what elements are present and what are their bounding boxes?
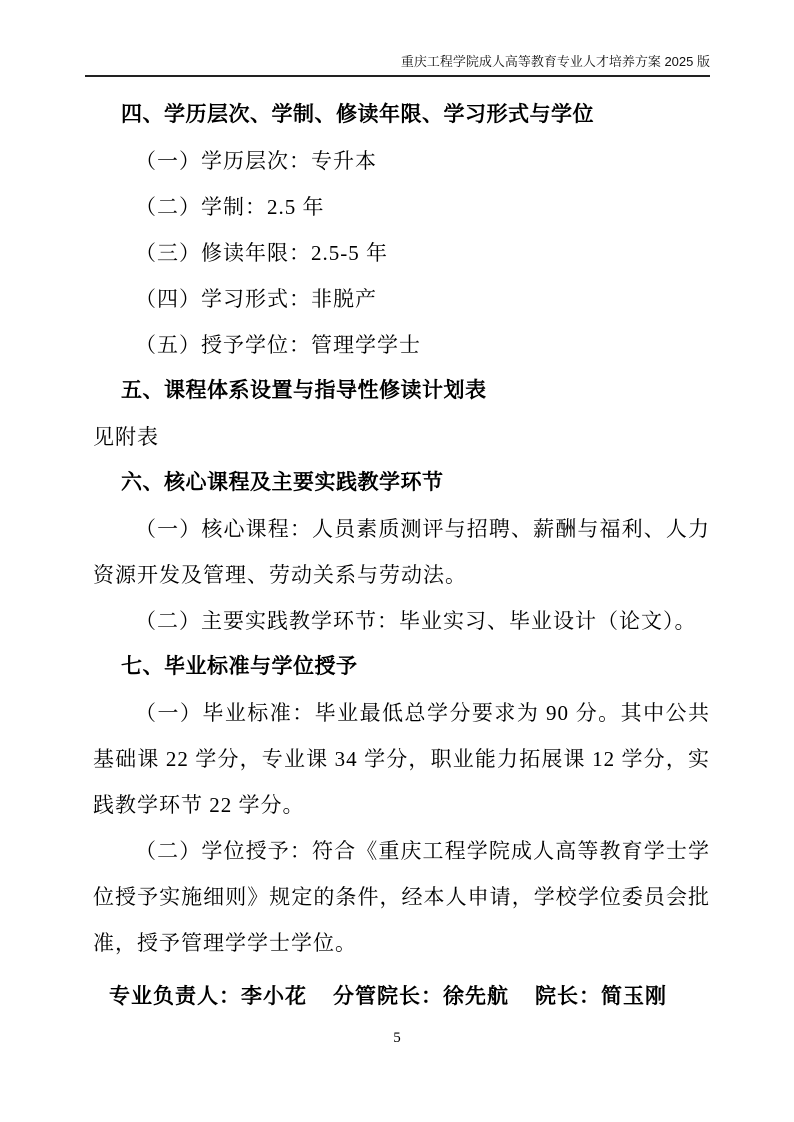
- section-7-heading: 七、毕业标准与学位授予: [93, 644, 710, 690]
- list-item: （五）授予学位：管理学学士: [93, 322, 710, 368]
- page-number: 5: [0, 1028, 794, 1048]
- signature-vice-dean: 分管院长：徐先航: [333, 974, 509, 1020]
- list-item: （二）学制：2.5 年: [93, 184, 710, 230]
- section-6-heading: 六、核心课程及主要实践教学环节: [93, 460, 710, 506]
- paragraph: （一）毕业标准：毕业最低总学分要求为 90 分。其中公共基础课 22 学分，专业…: [93, 690, 710, 828]
- paragraph: （一）核心课程：人员素质测评与招聘、薪酬与福利、人力资源开发及管理、劳动关系与劳…: [93, 506, 710, 598]
- signature-program-lead: 专业负责人：李小花: [109, 974, 307, 1020]
- signature-dean: 院长：简玉刚: [535, 974, 667, 1020]
- document-body: 四、学历层次、学制、修读年限、学习形式与学位 （一）学历层次：专升本 （二）学制…: [93, 92, 710, 1020]
- list-item: （一）学历层次：专升本: [93, 138, 710, 184]
- paragraph: （二）学位授予：符合《重庆工程学院成人高等教育学士学位授予实施细则》规定的条件，…: [93, 828, 710, 966]
- section-4-heading: 四、学历层次、学制、修读年限、学习形式与学位: [93, 92, 710, 138]
- list-item: （四）学习形式：非脱产: [93, 276, 710, 322]
- signature-line: 专业负责人：李小花 分管院长：徐先航 院长：简玉刚: [93, 974, 710, 1020]
- section-5-note: 见附表: [93, 414, 710, 460]
- paragraph: （二）主要实践教学环节：毕业实习、毕业设计（论文）。: [93, 598, 710, 644]
- running-header: 重庆工程学院成人高等教育专业人才培养方案 2025 版: [85, 54, 710, 77]
- header-title: 重庆工程学院成人高等教育专业人才培养方案 2025 版: [401, 54, 710, 69]
- list-item: （三）修读年限：2.5-5 年: [93, 230, 710, 276]
- section-5-heading: 五、课程体系设置与指导性修读计划表: [93, 368, 710, 414]
- document-page: 重庆工程学院成人高等教育专业人才培养方案 2025 版 四、学历层次、学制、修读…: [0, 0, 794, 1122]
